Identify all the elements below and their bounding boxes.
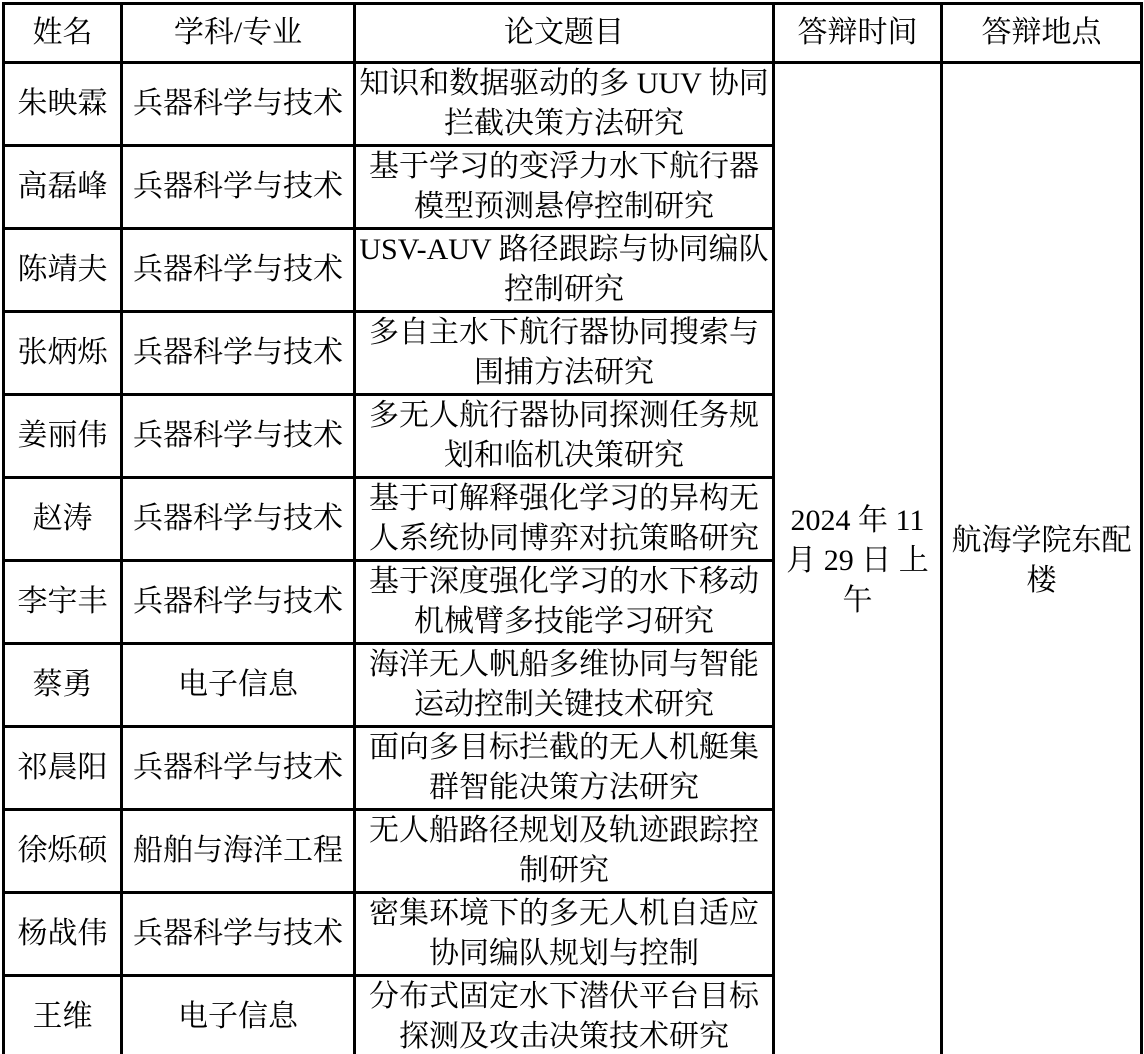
document-page: 姓名 学科/专业 论文题目 答辩时间 答辩地点 朱映霖兵器科学与技术知识和数据驱…	[0, 0, 1144, 1054]
cell-student-name: 祁晨阳	[4, 727, 122, 810]
cell-student-name: 高磊峰	[4, 146, 122, 229]
cell-major: 兵器科学与技术	[122, 63, 355, 146]
cell-major: 电子信息	[122, 976, 355, 1054]
cell-student-name: 蔡勇	[4, 644, 122, 727]
cell-student-name: 张炳烁	[4, 312, 122, 395]
cell-thesis-title: 多无人航行器协同探测任务规划和临机决策研究	[355, 395, 774, 478]
cell-student-name: 赵涛	[4, 478, 122, 561]
cell-major: 兵器科学与技术	[122, 478, 355, 561]
column-header-thesis-title: 论文题目	[355, 4, 774, 63]
cell-major: 兵器科学与技术	[122, 146, 355, 229]
cell-thesis-title: 无人船路径规划及轨迹跟踪控制研究	[355, 810, 774, 893]
cell-major: 兵器科学与技术	[122, 395, 355, 478]
cell-thesis-title: 海洋无人帆船多维协同与智能运动控制关键技术研究	[355, 644, 774, 727]
cell-thesis-title: 基于可解释强化学习的异构无人系统协同博弈对抗策略研究	[355, 478, 774, 561]
cell-thesis-title: 密集环境下的多无人机自适应协同编队规划与控制	[355, 893, 774, 976]
cell-major: 兵器科学与技术	[122, 312, 355, 395]
column-header-major: 学科/专业	[122, 4, 355, 63]
defense-schedule-table: 姓名 学科/专业 论文题目 答辩时间 答辩地点 朱映霖兵器科学与技术知识和数据驱…	[2, 2, 1143, 1054]
column-header-defense-time: 答辩时间	[774, 4, 942, 63]
cell-student-name: 杨战伟	[4, 893, 122, 976]
cell-major: 船舶与海洋工程	[122, 810, 355, 893]
cell-major: 兵器科学与技术	[122, 561, 355, 644]
cell-major: 电子信息	[122, 644, 355, 727]
cell-student-name: 徐烁硕	[4, 810, 122, 893]
cell-defense-time: 2024 年 11 月 29 日 上午	[774, 63, 942, 1054]
cell-major: 兵器科学与技术	[122, 727, 355, 810]
cell-thesis-title: 基于学习的变浮力水下航行器模型预测悬停控制研究	[355, 146, 774, 229]
cell-thesis-title: 分布式固定水下潜伏平台目标探测及攻击决策技术研究	[355, 976, 774, 1054]
cell-major: 兵器科学与技术	[122, 893, 355, 976]
column-header-defense-location: 答辩地点	[942, 4, 1142, 63]
cell-student-name: 朱映霖	[4, 63, 122, 146]
header-row: 姓名 学科/专业 论文题目 答辩时间 答辩地点	[4, 4, 1142, 63]
cell-student-name: 王维	[4, 976, 122, 1054]
cell-defense-location: 航海学院东配楼	[942, 63, 1142, 1054]
cell-student-name: 李宇丰	[4, 561, 122, 644]
column-header-name: 姓名	[4, 4, 122, 63]
table-row: 朱映霖兵器科学与技术知识和数据驱动的多 UUV 协同拦截决策方法研究2024 年…	[4, 63, 1142, 146]
cell-thesis-title: 多自主水下航行器协同搜索与围捕方法研究	[355, 312, 774, 395]
cell-thesis-title: 面向多目标拦截的无人机艇集群智能决策方法研究	[355, 727, 774, 810]
cell-thesis-title: 基于深度强化学习的水下移动机械臂多技能学习研究	[355, 561, 774, 644]
cell-major: 兵器科学与技术	[122, 229, 355, 312]
cell-thesis-title: USV-AUV 路径跟踪与协同编队控制研究	[355, 229, 774, 312]
cell-thesis-title: 知识和数据驱动的多 UUV 协同拦截决策方法研究	[355, 63, 774, 146]
cell-student-name: 陈靖夫	[4, 229, 122, 312]
cell-student-name: 姜丽伟	[4, 395, 122, 478]
